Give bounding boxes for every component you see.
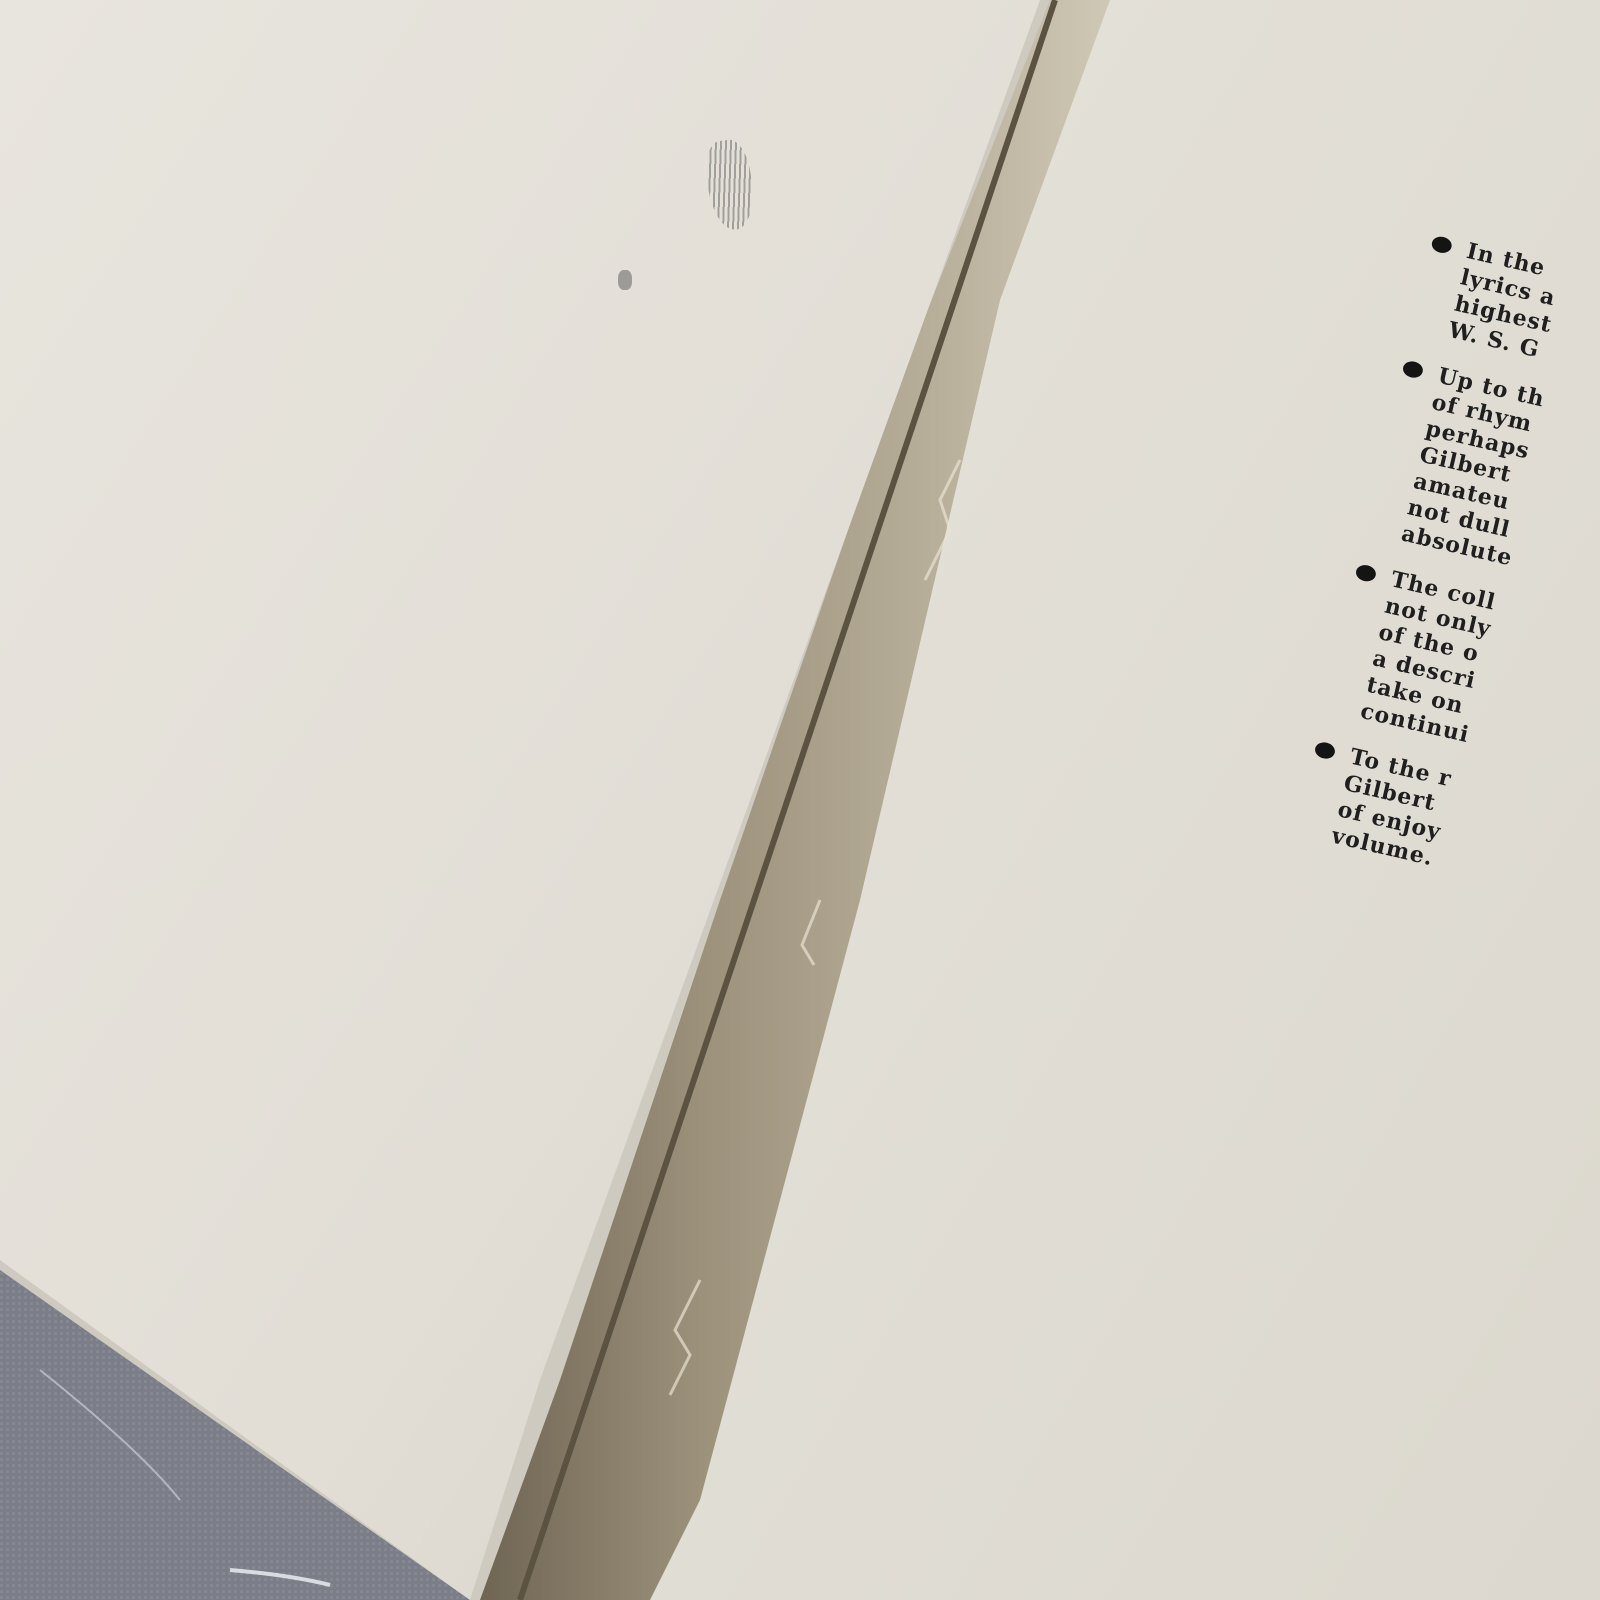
pencil-mark-small [618, 270, 632, 290]
flap-paragraph: The coll not only of the o a descri take… [1358, 566, 1600, 782]
book-photo: In the lyrics a highest W. S. G Up to th… [0, 0, 1600, 1600]
